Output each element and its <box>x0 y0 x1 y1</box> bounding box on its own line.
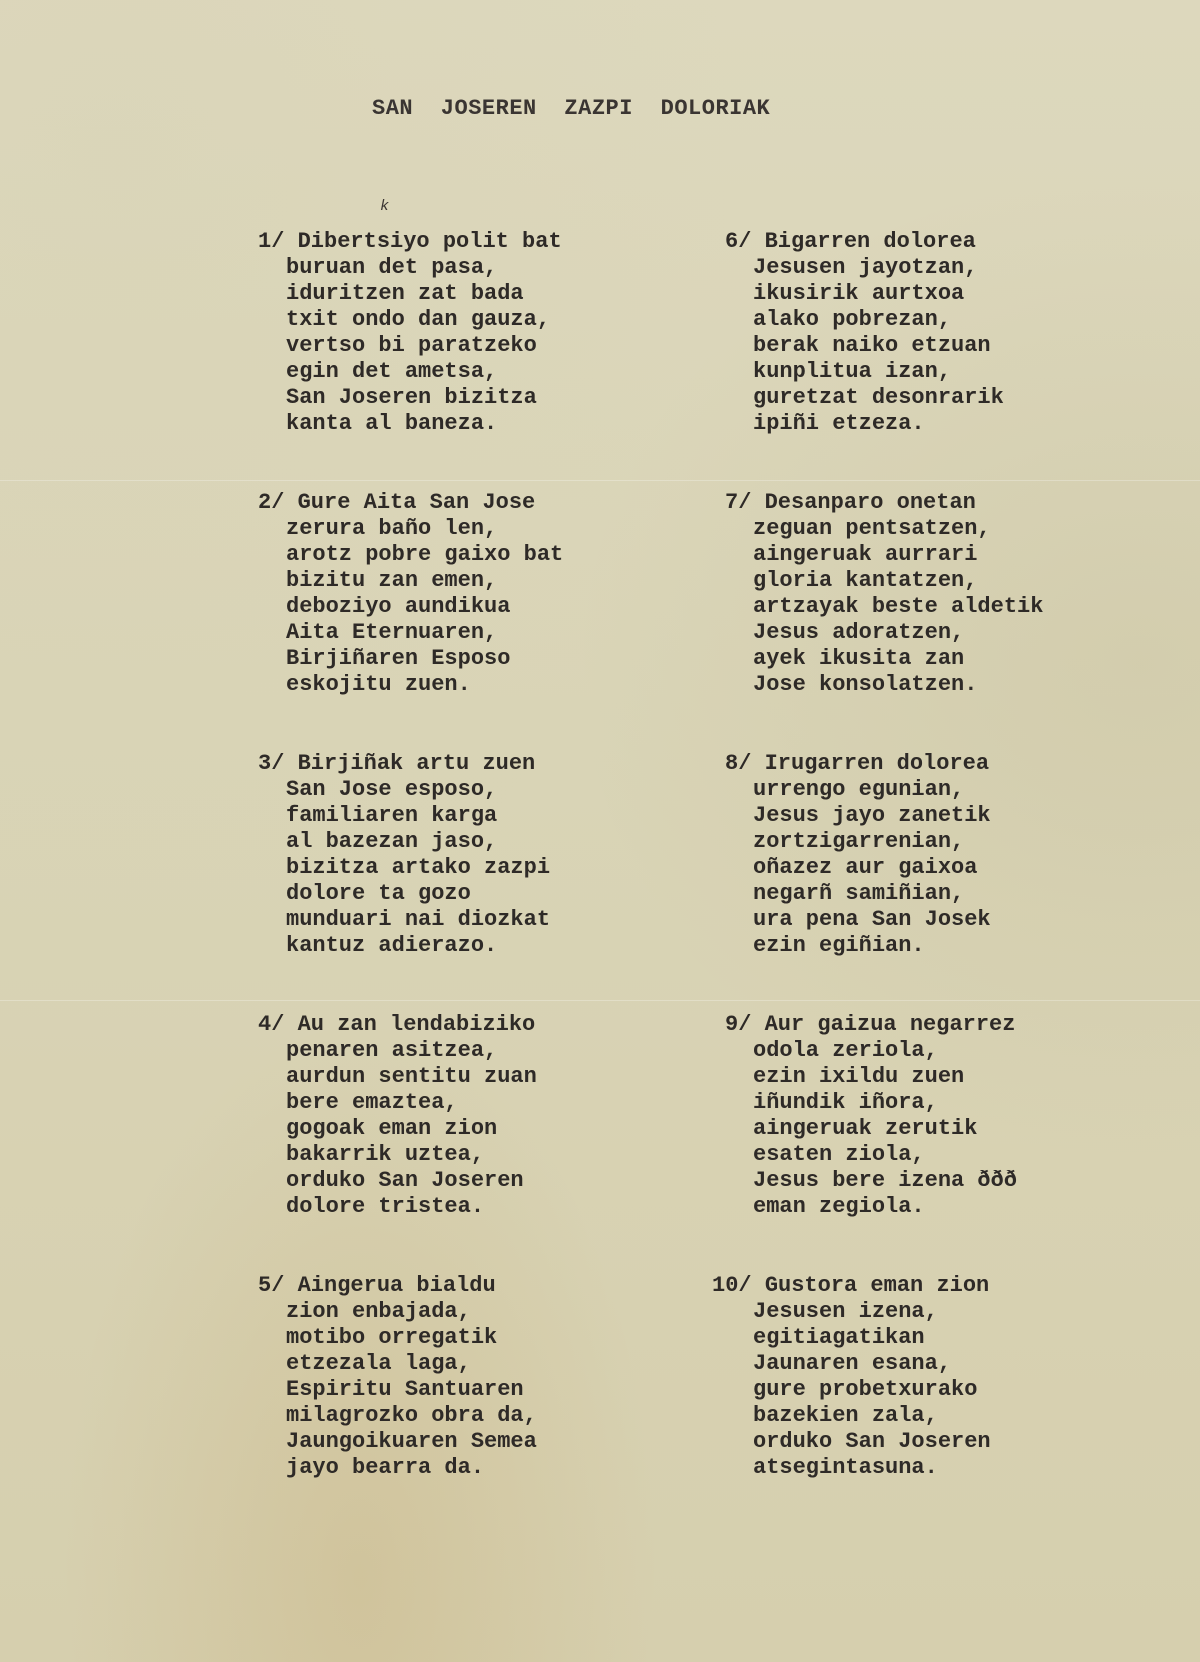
stanza-2: 2/ Gure Aita San Jose zerura baño len, a… <box>258 490 563 698</box>
stanza-10: 10/ Gustora eman zion Jesusen izena, egi… <box>712 1273 991 1481</box>
stanza-line: Jose konsolatzen. <box>753 672 1043 698</box>
stanza-line: zion enbajada, <box>286 1299 537 1325</box>
stanza-line: Birjiñak artu zuen <box>298 751 536 776</box>
stanza-1: 1/ Dibertsiyo polit bat buruan det pasa,… <box>258 229 562 437</box>
stanza-line: gloria kantatzen, <box>753 568 1043 594</box>
stanza-line: Bigarren dolorea <box>765 229 976 254</box>
paper-fold-line <box>0 1000 1200 1001</box>
stanza-line: eskojitu zuen. <box>286 672 563 698</box>
stanza-line: txit ondo dan gauza, <box>286 307 562 333</box>
stanza-line: Jaungoikuaren Semea <box>286 1429 537 1455</box>
stanza-line: vertso bi paratzeko <box>286 333 562 359</box>
stanza-line: ayek ikusita zan <box>753 646 1043 672</box>
stanza-line: arotz pobre gaixo bat <box>286 542 563 568</box>
stanza-line: orduko San Joseren <box>286 1168 537 1194</box>
stanza-line: deboziyo aundikua <box>286 594 563 620</box>
stanza-number: 3/ <box>258 751 284 777</box>
stanza-line: buruan det pasa, <box>286 255 562 281</box>
stanza-line: guretzat desonrarik <box>753 385 1004 411</box>
stanza-line: San Joseren bizitza <box>286 385 562 411</box>
stanza-number: 5/ <box>258 1273 284 1299</box>
stanza-line: artzayak beste aldetik <box>753 594 1043 620</box>
stanza-line: Irugarren dolorea <box>765 751 989 776</box>
stanza-number: 1/ <box>258 229 284 255</box>
stanza-line: Jesus jayo zanetik <box>753 803 991 829</box>
stanza-line: bazekien zala, <box>753 1403 991 1429</box>
stanza-line: gure probetxurako <box>753 1377 991 1403</box>
stanza-line: bakarrik uztea, <box>286 1142 537 1168</box>
stanza-line: Jesusen izena, <box>753 1299 991 1325</box>
stanza-line: Desanparo onetan <box>765 490 976 515</box>
stanza-line: oñazez aur gaixoa <box>753 855 991 881</box>
stanza-number: 6/ <box>725 229 751 255</box>
stanza-line: Jesusen jayotzan, <box>753 255 1004 281</box>
stanza-line: esaten ziola, <box>753 1142 1017 1168</box>
stanza-number: 9/ <box>725 1012 751 1038</box>
stanza-number: 4/ <box>258 1012 284 1038</box>
stanza-line: Aingerua bialdu <box>298 1273 496 1298</box>
stanza-line: Jesus bere izena ððð <box>753 1168 1017 1194</box>
stanza-line: San Jose esposo, <box>286 777 550 803</box>
stanza-line: egin det ametsa, <box>286 359 562 385</box>
stanza-3: 3/ Birjiñak artu zuen San Jose esposo, f… <box>258 751 550 959</box>
stanza-line: iduritzen zat bada <box>286 281 562 307</box>
stanza-number: 2/ <box>258 490 284 516</box>
stanza-6: 6/ Bigarren dolorea Jesusen jayotzan, ik… <box>725 229 1004 437</box>
stanza-line: negarñ samiñian, <box>753 881 991 907</box>
stanza-line: Dibertsiyo polit bat <box>298 229 562 254</box>
stanza-number: 10/ <box>712 1273 752 1299</box>
stanza-line: Au zan lendabiziko <box>298 1012 536 1037</box>
stanza-line: urrengo egunian, <box>753 777 991 803</box>
stanza-line: Gustora eman zion <box>765 1273 989 1298</box>
stanza-line: bizitza artako zazpi <box>286 855 550 881</box>
stanza-line: penaren asitzea, <box>286 1038 537 1064</box>
stanza-line: berak naiko etzuan <box>753 333 1004 359</box>
stanza-line: egitiagatikan <box>753 1325 991 1351</box>
stanza-7: 7/ Desanparo onetan zeguan pentsatzen, a… <box>725 490 1043 698</box>
stanza-line: ipiñi etzeza. <box>753 411 1004 437</box>
stanza-line: jayo bearra da. <box>286 1455 537 1481</box>
stanza-line: dolore tristea. <box>286 1194 537 1220</box>
stanza-line: ikusirik aurtxoa <box>753 281 1004 307</box>
stanza-line: aingeruak aurrari <box>753 542 1043 568</box>
stanza-line: alako pobrezan, <box>753 307 1004 333</box>
stanza-4: 4/ Au zan lendabiziko penaren asitzea, a… <box>258 1012 537 1220</box>
stanza-line: gogoak eman zion <box>286 1116 537 1142</box>
stanza-line: Jesus adoratzen, <box>753 620 1043 646</box>
stanza-line: Aita Eternuaren, <box>286 620 563 646</box>
stanza-line: aingeruak zerutik <box>753 1116 1017 1142</box>
stanza-line: dolore ta gozo <box>286 881 550 907</box>
stanza-line: familiaren karga <box>286 803 550 829</box>
stanza-8: 8/ Irugarren dolorea urrengo egunian, Je… <box>725 751 991 959</box>
stanza-line: zeguan pentsatzen, <box>753 516 1043 542</box>
stanza-line: etzezala laga, <box>286 1351 537 1377</box>
stanza-line: ezin egiñian. <box>753 933 991 959</box>
stanza-9: 9/ Aur gaizua negarrez odola zeriola, ez… <box>725 1012 1017 1220</box>
stanza-line: milagrozko obra da, <box>286 1403 537 1429</box>
stanza-line: orduko San Joseren <box>753 1429 991 1455</box>
stanza-5: 5/ Aingerua bialdu zion enbajada, motibo… <box>258 1273 537 1481</box>
stanza-line: kunplitua izan, <box>753 359 1004 385</box>
stanza-number: 8/ <box>725 751 751 777</box>
stanza-line: bizitu zan emen, <box>286 568 563 594</box>
stanza-line: kantuz adierazo. <box>286 933 550 959</box>
stanza-line: odola zeriola, <box>753 1038 1017 1064</box>
stanza-line: Espiritu Santuaren <box>286 1377 537 1403</box>
stanza-line: zerura baño len, <box>286 516 563 542</box>
stanza-line: iñundik iñora, <box>753 1090 1017 1116</box>
stanza-line: atsegintasuna. <box>753 1455 991 1481</box>
stanza-line: motibo orregatik <box>286 1325 537 1351</box>
stanza-line: Aur gaizua negarrez <box>765 1012 1016 1037</box>
stanza-line: aurdun sentitu zuan <box>286 1064 537 1090</box>
stanza-line: kanta al baneza. <box>286 411 562 437</box>
page-title: SAN JOSEREN ZAZPI DOLORIAK <box>372 96 770 121</box>
stanza-line: al bazezan jaso, <box>286 829 550 855</box>
paper-fold-line <box>0 480 1200 481</box>
stanza-line: Birjiñaren Esposo <box>286 646 563 672</box>
stanza-line: Jaunaren esana, <box>753 1351 991 1377</box>
stanza-line: ezin ixildu zuen <box>753 1064 1017 1090</box>
stanza-line: bere emaztea, <box>286 1090 537 1116</box>
stanza-line: zortzigarrenian, <box>753 829 991 855</box>
stanza-line: Gure Aita San Jose <box>298 490 536 515</box>
stanza-number: 7/ <box>725 490 751 516</box>
typewritten-page: SAN JOSEREN ZAZPI DOLORIAK k 1/ Dibertsi… <box>0 0 1200 1662</box>
stanza-line: munduari nai diozkat <box>286 907 550 933</box>
stanza-line: ura pena San Josek <box>753 907 991 933</box>
stanza-line: eman zegiola. <box>753 1194 1017 1220</box>
handwritten-mark: k <box>380 198 389 215</box>
